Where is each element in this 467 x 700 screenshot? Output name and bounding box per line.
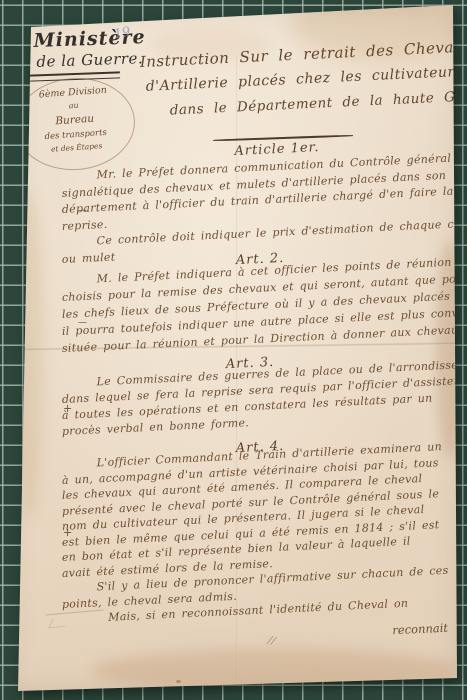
pencil-bottom-mark: // — [267, 633, 277, 647]
document-paper: Ministère de la Guerre. 6ème DivisionauB… — [0, 0, 467, 700]
photo-scene: Ministère de la Guerre. 6ème DivisionauB… — [0, 0, 467, 700]
document-title: Instruction Sur le retrait des Chevauxd'… — [140, 50, 462, 125]
letterhead-line2: de la Guerre. — [36, 49, 147, 71]
paper-speck — [310, 683, 314, 686]
margin-dash-mark: — — [78, 318, 87, 328]
paper-speck — [176, 680, 181, 683]
margin-plus-mark: + — [63, 526, 72, 539]
division-bureau-note: 6ème DivisionauBureaudes transportset de… — [12, 74, 138, 174]
paper-stain — [90, 648, 460, 693]
article-3-text: Le Commissaire des guerres de la place o… — [62, 376, 464, 440]
paper-shadow: Ministère de la Guerre. 6ème DivisionauB… — [0, 0, 467, 700]
margin-dash-mark: — — [78, 206, 87, 216]
margin-plus-mark: + — [63, 402, 72, 415]
paper-stain — [14, 190, 44, 520]
article-4-text: L'officier Commandant le Train d'artille… — [62, 457, 464, 628]
article-2-text: M. le Préfet indiquera à cet officier le… — [62, 272, 464, 357]
